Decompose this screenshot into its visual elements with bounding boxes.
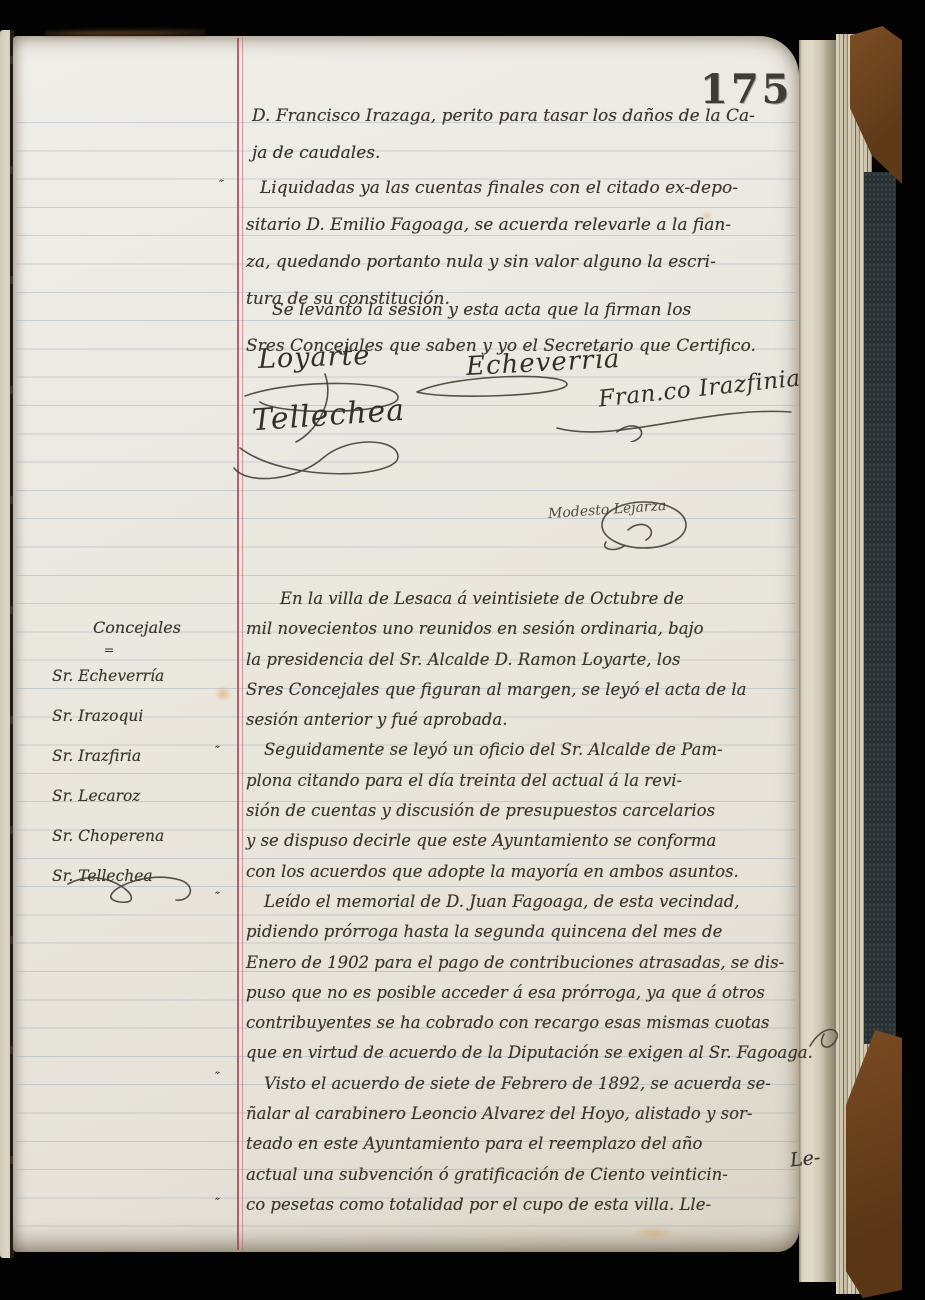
next-page-edge <box>799 40 836 1282</box>
handwriting-line: ñalar al carabinero Leoncio Alvarez del … <box>246 1099 780 1129</box>
archive-book-scan: 175 D. Francisco Irazaga, perito para ta… <box>0 0 925 1300</box>
margin-councilor: Sr. Choperena <box>52 816 164 856</box>
act-body: En la villa de Lesaca á veintisiete de O… <box>246 584 780 1220</box>
margin-councilor: Sr. Echeverría <box>52 656 164 696</box>
page-top-deckle <box>45 29 205 38</box>
signature-flourish <box>415 370 575 402</box>
handwriting-line: En la villa de Lesaca á veintisiete de O… <box>246 584 780 614</box>
opening-paragraph: D. Francisco Irazaga, perito para tasar … <box>252 98 755 172</box>
margin-councilor: Sr. Irazoqui <box>52 696 164 736</box>
red-margin-rule-thin <box>242 38 243 1250</box>
handwriting-line: que en virtud de acuerdo de la Diputació… <box>246 1038 780 1068</box>
handwriting-line: D. Francisco Irazaga, perito para tasar … <box>252 98 755 135</box>
handwriting-line: teado en este Ayuntamiento para el reemp… <box>246 1129 780 1159</box>
handwriting-line: Leído el memorial de D. Juan Fagoaga, de… <box>246 887 780 917</box>
margin-councilor: Sr. Irazfiria <box>52 736 164 776</box>
handwriting-line: Seguidamente se leyó un oficio del Sr. A… <box>246 735 780 765</box>
margin-councilor: Sr. Lecaroz <box>52 776 164 816</box>
margin-header-underline: = <box>104 643 114 657</box>
book-cover-cloth <box>864 172 896 1044</box>
handwriting-line: actual una subvención ó gratificación de… <box>246 1160 780 1190</box>
handwriting-line: Se levantó la sesión y esta acta que la … <box>246 292 756 328</box>
handwriting-line: Liquidadas ya las cuentas finales con el… <box>246 170 738 207</box>
handwriting-line: co pesetas como totalidad por el cupo de… <box>246 1190 780 1220</box>
handwriting-line: Visto el acuerdo de siete de Febrero de … <box>246 1069 780 1099</box>
margin-header-concejales: Concejales <box>62 618 212 637</box>
edge-ink-squiggle <box>806 1014 846 1052</box>
signature-flourish <box>228 428 413 490</box>
signature-flourish <box>555 398 795 442</box>
handwriting-line: con los acuerdos que adopte la mayoría e… <box>246 857 780 887</box>
handwriting-line: la presidencia del Sr. Alcalde D. Ramon … <box>246 645 780 675</box>
handwriting-line: y se dispuso decirle que este Ayuntamien… <box>246 826 780 856</box>
handwriting-line: pidiendo prórroga hasta la segunda quinc… <box>246 917 780 947</box>
handwriting-line: plona citando para el día treinta del ac… <box>246 766 780 796</box>
margin-list-flourish <box>58 860 203 912</box>
handwriting-line: za, quedando portanto nula y sin valor a… <box>246 244 738 281</box>
handwriting-line: ja de caudales. <box>252 135 755 172</box>
handwriting-line: sitario D. Emilio Fagoaga, se acuerda re… <box>246 207 738 244</box>
edge-catchword: Le- <box>789 1146 821 1171</box>
handwriting-line: sesión anterior y fué aprobada. <box>246 705 780 735</box>
handwriting-line: puso que no es posible acceder á esa pró… <box>246 978 780 1008</box>
handwriting-line: mil novecientos uno reunidos en sesión o… <box>246 614 780 644</box>
red-margin-rule-thick <box>237 38 239 1250</box>
secretary-rubric <box>598 498 690 552</box>
handwriting-line: contribuyentes se ha cobrado con recargo… <box>246 1008 780 1038</box>
handwriting-line: Enero de 1902 para el pago de contribuci… <box>246 948 780 978</box>
handwriting-line: sión de cuentas y discusión de presupues… <box>246 796 780 826</box>
handwriting-line: Sres Concejales que figuran al margen, s… <box>246 675 780 705</box>
